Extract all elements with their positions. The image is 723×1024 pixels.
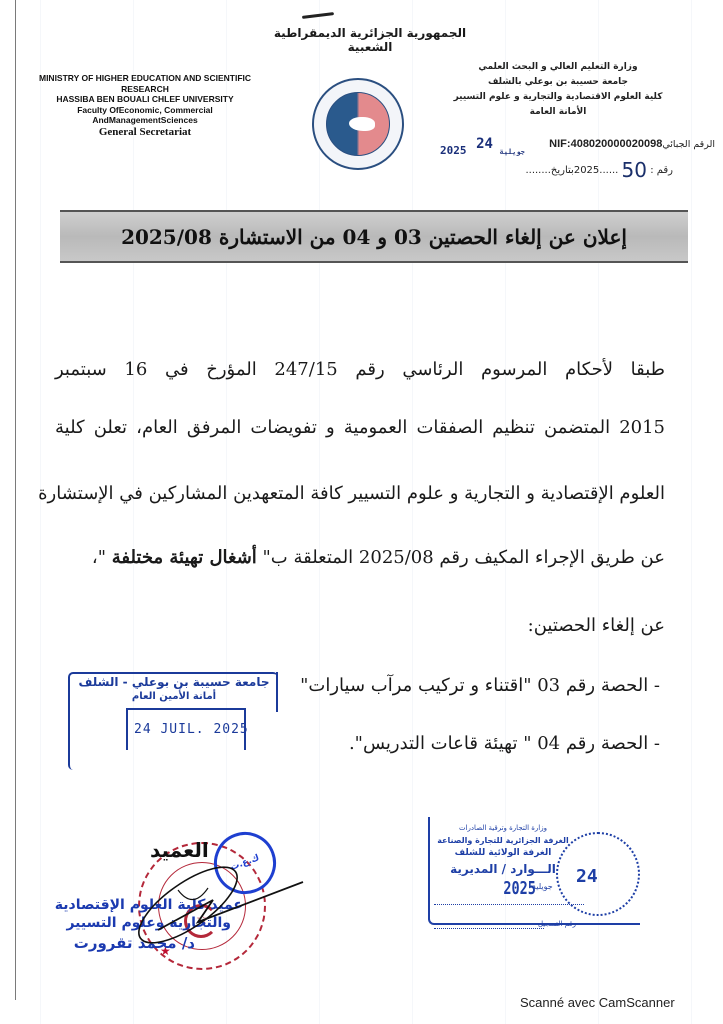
ministry-line-2: RESEARCH	[30, 84, 260, 95]
arabic-letterhead: وزارة التعليم العالي و البحث العلمي جامع…	[443, 60, 673, 120]
body-line-1: طبقا لأحكام المرسوم الرئاسي رقم 247/15 ا…	[55, 356, 665, 384]
university-logo	[312, 78, 404, 170]
body-line-4: عن طريق الإجراء المكيف رقم 2025/08 المتع…	[55, 544, 665, 572]
ref-year: ......2025	[574, 165, 619, 176]
english-letterhead: MINISTRY OF HIGHER EDUCATION AND SCIENTI…	[30, 73, 260, 139]
chamber-month: جويلية	[532, 882, 553, 891]
republic-title: الجمهورية الجزائرية الديمقراطية الشعبية	[250, 26, 490, 54]
faculty-line-1: Faculty OfEconomic, Commercial	[30, 105, 260, 116]
stamp-secretariat: أمانة الأمين العام	[74, 691, 274, 702]
handwritten-date: 2025 جويلية 24	[440, 142, 525, 158]
hand-day: 24	[476, 136, 493, 152]
project-name: أشغال تهيئة مختلفة	[112, 547, 257, 568]
stamp-university: جامعة حسيبة بن بوعلي - الشلف	[74, 675, 274, 689]
scanner-watermark: Scanné avec CamScanner	[520, 995, 675, 1010]
stamp-date: 24 JUIL. 2025	[134, 722, 249, 737]
nif-value: 408020000020098:NIF	[549, 138, 662, 150]
logo-emblem	[326, 92, 390, 156]
date-label: بتاريخ	[551, 165, 574, 176]
reception-stamp: جامعة حسيبة بن بوعلي - الشلف أمانة الأمي…	[68, 670, 290, 770]
announcement-title: إعلان عن إلغاء الحصتين 03 و 04 من الاستش…	[60, 210, 688, 263]
paper-edge	[15, 0, 16, 1000]
dove-icon	[349, 117, 375, 131]
dean-title: العميد	[150, 838, 209, 862]
chamber-stamp: وزارة التجارة وترقية الصادرات الغرفة الج…	[428, 812, 648, 932]
date-dotted-line	[434, 904, 584, 905]
chamber-day: 24	[576, 866, 598, 887]
ink-mark	[302, 12, 334, 19]
body-line-3: العلوم الإقتصادية و التجارية و علوم التس…	[55, 480, 665, 508]
ref-number: 50	[622, 158, 647, 182]
hand-year: 2025	[440, 144, 467, 157]
secretariat-line: General Secretariat	[30, 126, 260, 139]
secretariat-ar: الأمانة العامة	[443, 105, 673, 120]
nif-label: الرقم الجبائي	[662, 139, 715, 150]
chamber-name: الغرفة الجزائرية للتجارة والصناعة	[428, 836, 578, 845]
ministry-line-1: MINISTRY OF HIGHER EDUCATION AND SCIENTI…	[30, 73, 260, 84]
body-line-4-pre: عن طريق الإجراء المكيف رقم 2025/08 المتع…	[257, 547, 665, 568]
ref-label: رقم :	[650, 165, 673, 176]
hand-month: جويلية	[500, 148, 525, 156]
chamber-wilaya: الغرفة الولائية للشلف	[428, 848, 578, 858]
body-line-5: عن إلغاء الحصتين:	[55, 612, 665, 640]
faculty-ar: كلية العلوم الاقتصادية والتجارية و علوم …	[443, 90, 673, 105]
chamber-reg-label: رقم التسجيل	[538, 920, 576, 928]
handwritten-signature	[118, 860, 318, 950]
nif-line: الرقم الجبائي408020000020098:NIF	[549, 138, 715, 150]
reference-line: رقم : 50 ......2025بتاريخ........	[525, 158, 673, 182]
chamber-ministry: وزارة التجارة وترقية الصادرات	[428, 824, 578, 832]
lot-03-item: - الحصة رقم 03 "اقتناء و تركيب مرآب سيار…	[300, 672, 660, 700]
university-ar: جامعة حسيبة بن بوعلي بالشلف	[443, 75, 673, 90]
ministry-ar: وزارة التعليم العالي و البحث العلمي	[443, 60, 673, 75]
faculty-line-2: AndManagementSciences	[30, 115, 260, 126]
lot-04-item: - الحصة رقم 04 " تهيئة قاعات التدريس".	[300, 730, 660, 758]
chamber-incoming: الـــوارد / المديرية	[428, 862, 578, 876]
body-line-2: 2015 المتضمن تنظيم الصفقات العمومية و تف…	[55, 414, 665, 442]
university-name: HASSIBA BEN BOUALI CHLEF UNIVERSITY	[30, 94, 260, 105]
reg-dotted-line	[434, 928, 544, 929]
stamp-frame-edge	[276, 672, 278, 712]
body-line-4-post: "،	[92, 547, 112, 568]
